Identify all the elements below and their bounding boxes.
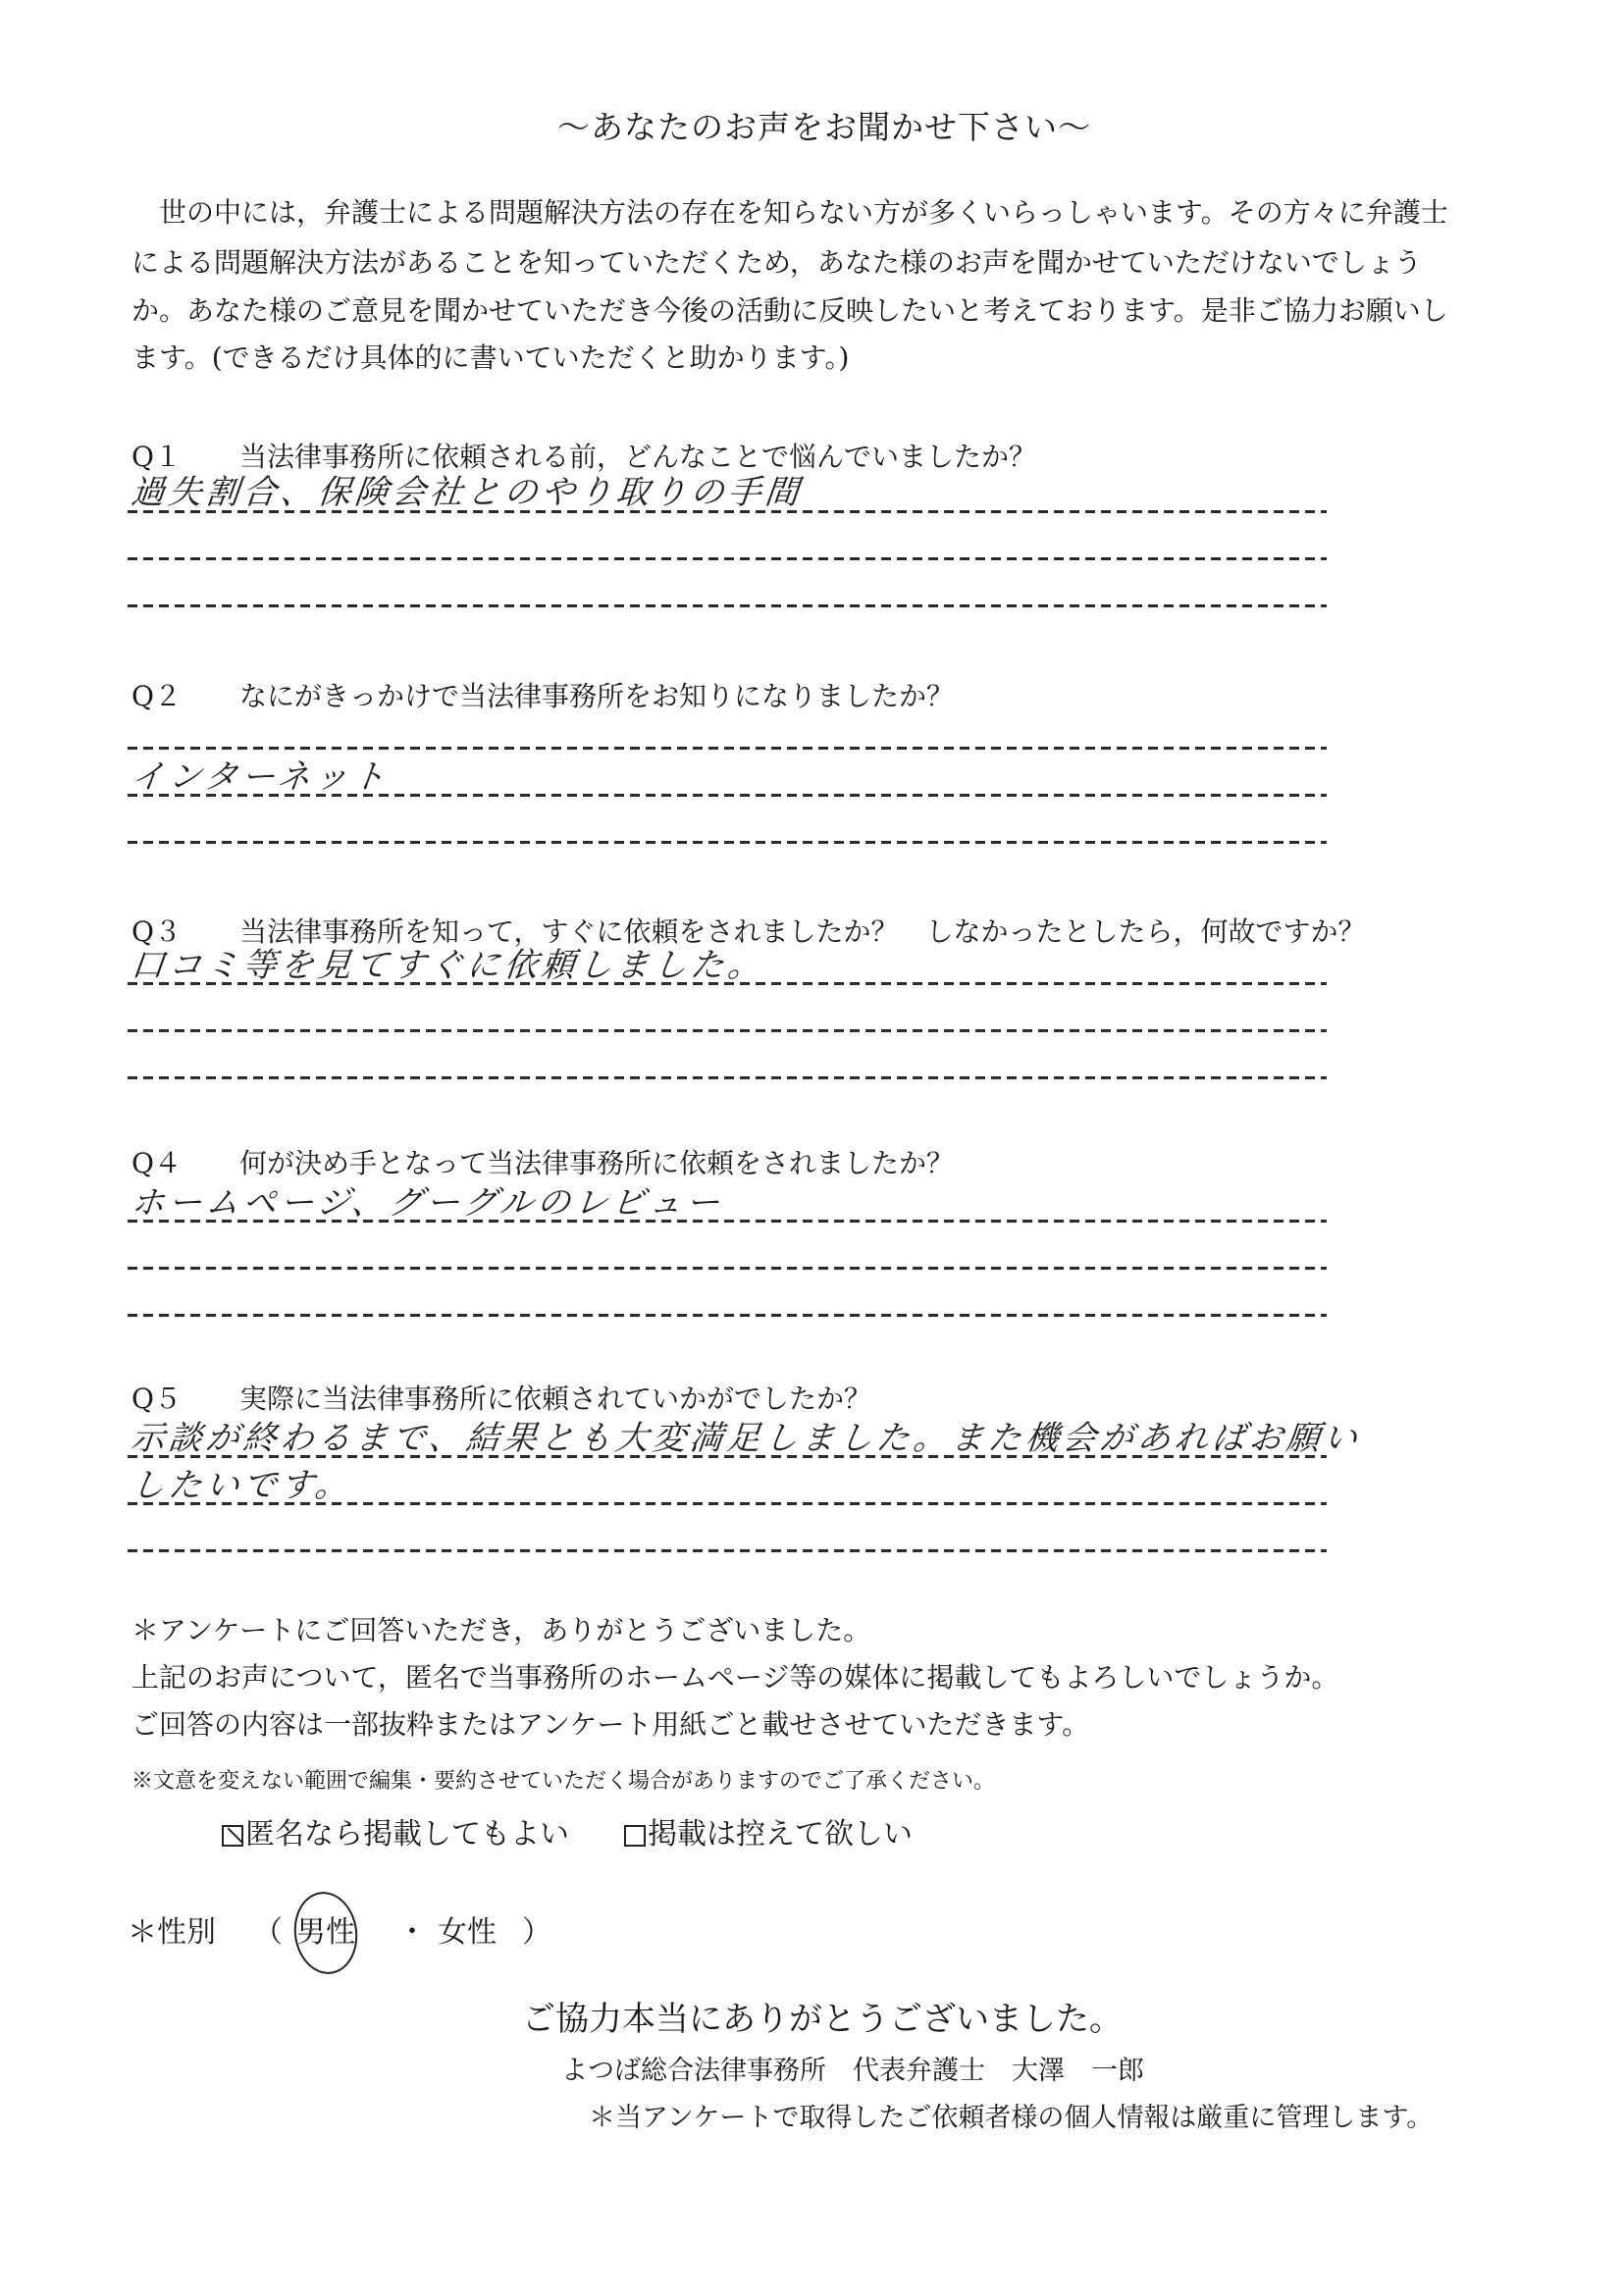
answer-line [128, 794, 1327, 797]
paren-close: ） [522, 1907, 551, 1951]
answer-1-line-1[interactable]: 過失割合、保険会社とのやり取りの手間 [129, 465, 805, 513]
firm-signature: よつば総合法律事務所 代表弁護士 大澤 一郎 [561, 2049, 1144, 2087]
option-label: 掲載は控えて欲しい [648, 1817, 913, 1852]
answer-line [128, 982, 1327, 985]
answer-3-line-1[interactable]: 口コミ等を見てすぐに依頼しました。 [129, 938, 767, 986]
question-text: なにがきっかけで当法律事務所をお知りになりましたか？ [239, 680, 954, 712]
answer-line [128, 1076, 1327, 1079]
answer-line [128, 510, 1327, 513]
answer-line [128, 1502, 1327, 1505]
separator: ・ [397, 1907, 427, 1951]
selection-circle-icon [288, 1888, 362, 1978]
answer-line [128, 841, 1327, 844]
question-2: Q２なにがきっかけで当法律事務所をお知りになりましたか？ [131, 675, 954, 714]
intro-line-1: 世の中には，弁護士による問題解決方法の存在を知らない方が多くいらっしゃいます。そ… [131, 198, 1505, 228]
answer-line [128, 1029, 1327, 1032]
answer-line [128, 1314, 1327, 1317]
answer-line [128, 557, 1327, 560]
answer-line [128, 1267, 1327, 1270]
answer-line [128, 1220, 1327, 1223]
privacy-notice: ＊当アンケートで取得したご依頼者様の個人情報は厳重に管理します。 [589, 2096, 1433, 2134]
checkbox-icon[interactable] [624, 1825, 646, 1847]
option-anonymous-ok[interactable]: 匿名なら掲載してもよい [222, 1809, 569, 1852]
intro-line-4: ます。(できるだけ具体的に書いていただくと助かります。) [131, 343, 1505, 373]
intro-line-3: か。あなた様のご意見を聞かせていただき今後の活動に反映したいと考えております。是… [131, 296, 1505, 326]
checkbox-checked-icon[interactable] [222, 1825, 243, 1847]
answer-line [128, 1549, 1327, 1552]
intro-line-2: による問題解決方法があることを知っていただくため，あなた様のお声を聞かせていただ… [131, 248, 1505, 278]
publish-contents: ご回答の内容は一部抜粋またはアンケート用紙ごと載せさせていただきます。 [131, 1703, 1089, 1743]
option-label: 匿名なら掲載してもよい [245, 1817, 569, 1852]
question-number: Q２ [131, 675, 239, 714]
answer-line [128, 604, 1327, 607]
thanks-text: ＊アンケートにご回答いただき，ありがとうございました。 [131, 1609, 870, 1648]
edit-notice: ※文意を変えない範囲で編集・要約させていただく場合がありますのでご了承ください。 [131, 1764, 995, 1795]
answer-5-line-1[interactable]: 示談が終わるまで、結果とも大変満足しました。また機会があればお願い [129, 1411, 1363, 1459]
option-do-not-publish[interactable]: 掲載は控えて欲しい [624, 1809, 913, 1852]
answer-2-line-2[interactable]: インターネット [129, 750, 392, 798]
answer-4-line-1[interactable]: ホームページ、グーグルのレビュー [129, 1175, 726, 1224]
closing-thanks: ご協力本当にありがとうございました。 [522, 1992, 1123, 2040]
gender-label: ＊性別 [128, 1907, 216, 1951]
gender-female[interactable]: 女性 [438, 1907, 497, 1951]
publish-question: 上記のお声について，匿名で当事務所のホームページ等の媒体に掲載してもよろしいでし… [131, 1656, 1338, 1696]
answer-5-line-2[interactable]: したいです。 [129, 1458, 354, 1506]
paren-open: （ [253, 1907, 283, 1951]
page-title: ～あなたのお声をお聞かせ下さい～ [557, 102, 1091, 148]
